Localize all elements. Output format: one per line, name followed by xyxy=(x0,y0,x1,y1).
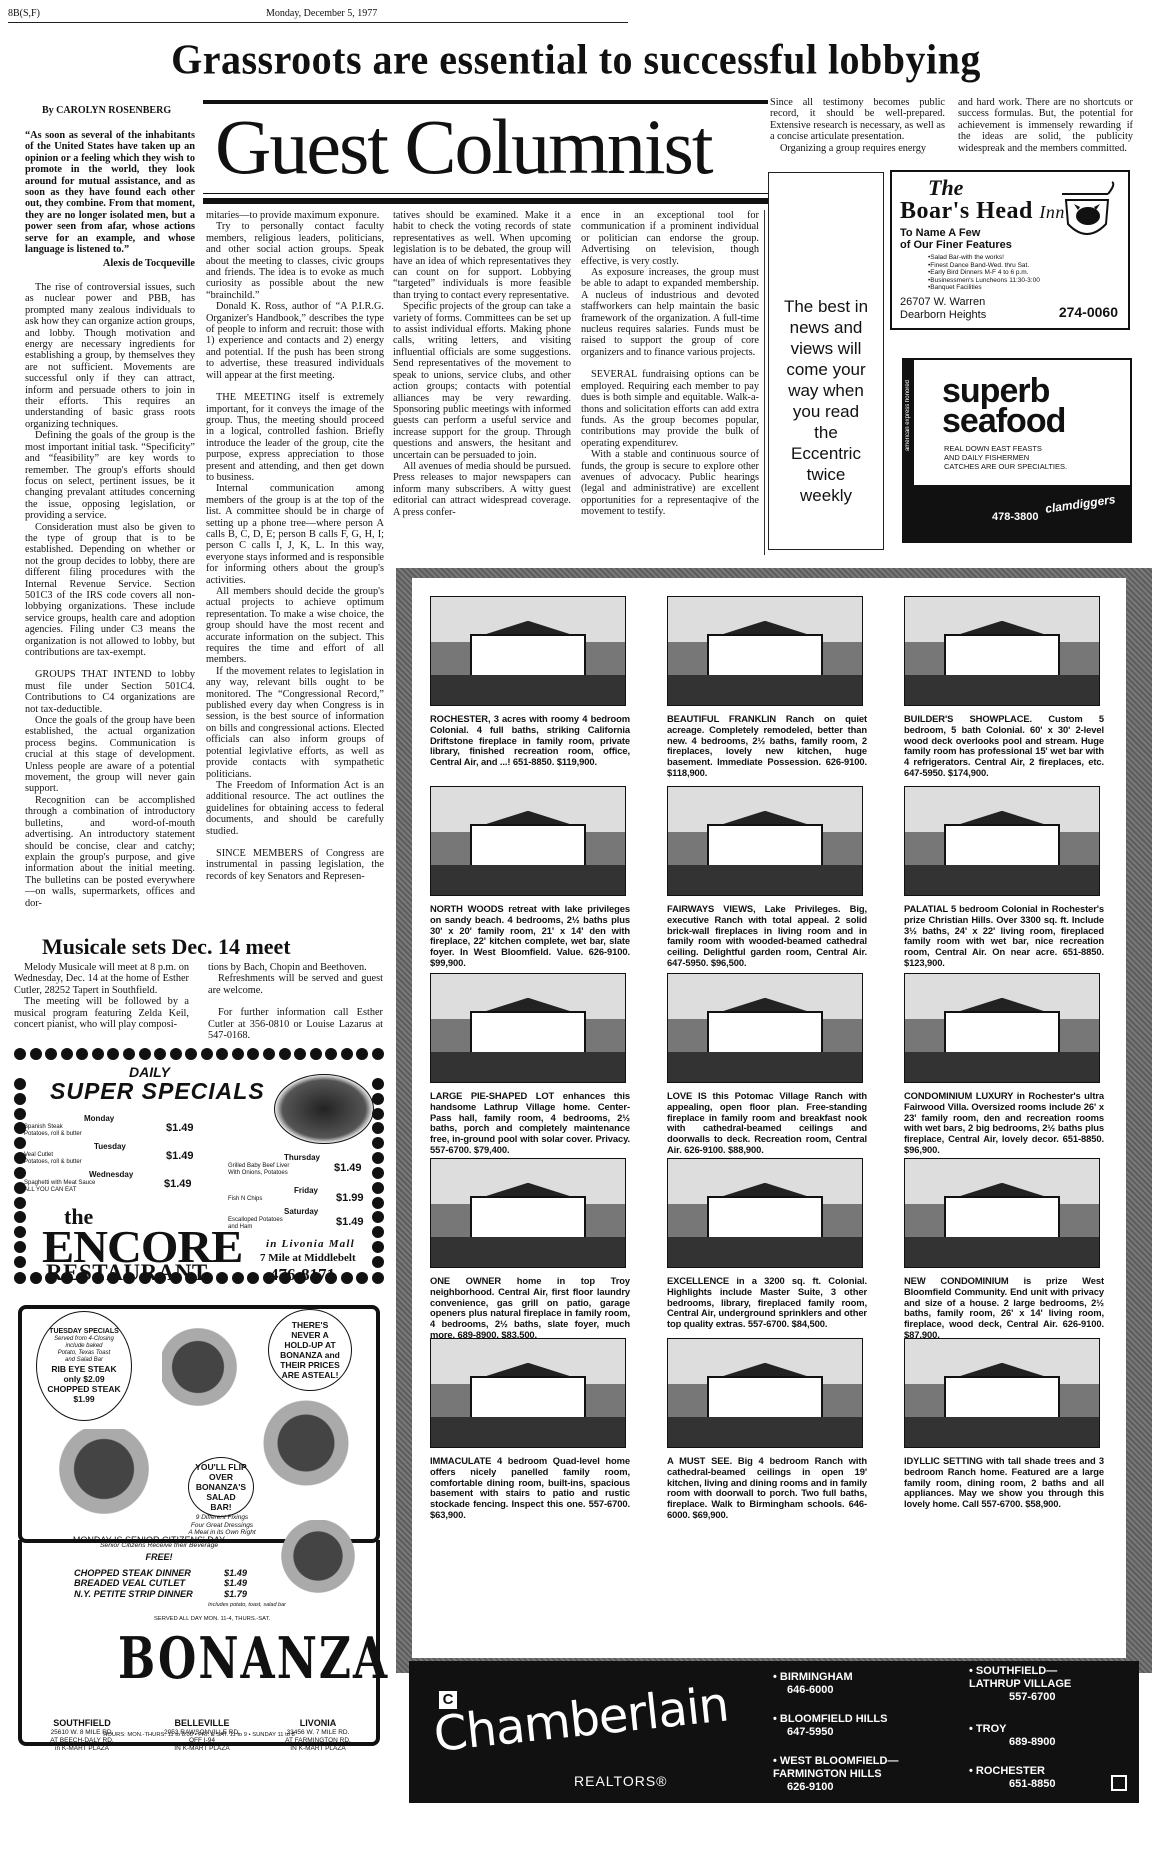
bonanza-menu: CHOPPED STEAK DINNER$1.49 BREADED VEAL C… xyxy=(74,1568,247,1599)
listing-description: FAIRWAYS VIEWS, Lake Privileges. Big, ex… xyxy=(667,904,867,969)
special-price: $1.49 xyxy=(164,1178,192,1190)
feature-item: Finest Dance Band-Wed. thru Sat. xyxy=(928,262,1120,270)
issue-date: Monday, December 5, 1977 xyxy=(266,8,377,19)
office-birmingham: • BIRMINGHAM646-6000 xyxy=(773,1671,853,1697)
real-estate-ad-block: ROCHESTER, 3 acres with roomy 4 bedroom … xyxy=(396,568,1152,1673)
article-column-6: and hard work. There are no shortcuts or… xyxy=(958,97,1133,154)
bonanza-ad-lower: Senior Citizens Receive their Beverage F… xyxy=(18,1540,380,1746)
office-southfield: • SOUTHFIELD— LATHRUP VILLAGE557-6700 xyxy=(969,1665,1099,1704)
article-paragraph: Specific projects of the group can take … xyxy=(393,301,571,461)
eccentric-house-ad: The best in news and views will come you… xyxy=(768,172,884,550)
listing-card: ROCHESTER, 3 acres with roomy 4 bedroom … xyxy=(430,596,630,768)
store-hours: HOURS: MON.-THURS. 11 to 8:00 • FRI. & S… xyxy=(22,1732,376,1738)
listing-description: ROCHESTER, 3 acres with roomy 4 bedroom … xyxy=(430,714,630,768)
musicale-column-1: Melody Musicale will meet at 8 p.m. on W… xyxy=(14,962,189,1030)
article-paragraph: Defining the goals of the group is the m… xyxy=(25,430,195,521)
feature-list: Salad Bar-with the works! Finest Dance B… xyxy=(928,254,1120,292)
bonanza-logo: BONANZA xyxy=(118,1626,389,1692)
listing-description: IDYLLIC SETTING with tall shade trees an… xyxy=(904,1456,1104,1510)
menu-item: N.Y. PETITE STRIP DINNER$1.79 xyxy=(74,1589,247,1599)
special-day: Tuesday xyxy=(94,1142,126,1151)
listing-card: LARGE PIE-SHAPED LOT enhances this hands… xyxy=(430,973,630,1156)
ad-body: REAL DOWN EAST FEASTSAND DAILY FISHERMEN… xyxy=(944,444,1067,471)
banner-rule-thick xyxy=(203,198,768,204)
article-paragraph: With a stable and continuous source of f… xyxy=(581,449,759,517)
article-paragraph: GROUPS THAT INTEND to lobby must file un… xyxy=(25,669,195,715)
holdup-bubble: THERE'S NEVER A HOLD-UP AT BONANZA and T… xyxy=(268,1309,352,1391)
listing-description: CONDOMINIUM LUXURY in Rochester's ultra … xyxy=(904,1091,1104,1156)
article-paragraph: and hard work. There are no shortcuts or… xyxy=(958,97,1133,154)
equal-housing-icon xyxy=(1111,1775,1127,1791)
article-paragraph: Since all testimony becomes public recor… xyxy=(770,97,945,143)
article-paragraph: Organizing a group requires energy xyxy=(770,143,945,154)
article-paragraph: SEVERAL fundraising options can be emplo… xyxy=(581,369,759,449)
listings-panel: ROCHESTER, 3 acres with roomy 4 bedroom … xyxy=(412,578,1126,1658)
listing-card: LOVE IS this Potomac Village Ranch with … xyxy=(667,973,867,1156)
house-photo-image xyxy=(430,1158,626,1268)
column-title: Guest Columnist xyxy=(215,106,712,188)
special-item: Grilled Baby Beef LiverWith Onions, Pota… xyxy=(228,1163,289,1177)
article-paragraph: All members should decide the group's ac… xyxy=(206,586,384,666)
house-photo-image xyxy=(904,1158,1100,1268)
listing-description: NEW CONDOMINIUM is prize West Bloomfield… xyxy=(904,1276,1104,1341)
article-paragraph: Consideration must also be given to the … xyxy=(25,522,195,659)
quote-attribution: Alexis de Tocqueville xyxy=(25,258,195,269)
listing-card: CONDOMINIUM LUXURY in Rochester's ultra … xyxy=(904,973,1104,1156)
clamdiggers-seafood-ad: american express honored superbseafood R… xyxy=(902,358,1132,543)
page-number: 8B(S,F) xyxy=(8,8,40,19)
feature-item: Businessmen's Luncheons 11:30-3:00 xyxy=(928,277,1120,285)
listing-description: BEAUTIFUL FRANKLIN Ranch on quiet acreag… xyxy=(667,714,867,779)
encore-restaurant-ad: DAILY SUPER SPECIALS the ENCORE RESTAURA… xyxy=(14,1062,384,1284)
musicale-headline: Musicale sets Dec. 14 meet xyxy=(42,934,291,960)
feature-item: Early Bird Dinners M-F 4 to 6 p.m. xyxy=(928,269,1120,277)
fixings-note: 9 Different FixingsFour Great DressingsA… xyxy=(172,1514,272,1537)
house-photo-image xyxy=(430,973,626,1083)
boars-head-inn-ad: The Boar's Head Inn To Name A Fewof Our … xyxy=(890,170,1130,330)
special-item: Spanish SteakPotatoes, roll & butter xyxy=(24,1124,82,1138)
epigraph-quote: “As soon as several of the inhabitants o… xyxy=(25,130,195,270)
ad-super-specials: SUPER SPECIALS xyxy=(50,1078,265,1105)
article-paragraph: Donald K. Ross, author of “A P.I.R.G. Or… xyxy=(206,301,384,381)
article-paragraph: mitaries—to provide maximum exponure. xyxy=(206,210,384,221)
listing-card: PALATIAL 5 bedroom Colonial in Rochester… xyxy=(904,786,1104,969)
special-day: Friday xyxy=(294,1186,318,1195)
article-headline: Grassroots are essential to successful l… xyxy=(0,35,1152,84)
house-photo-image xyxy=(667,596,863,706)
ad-cross-streets: 7 Mile at Middlebelt xyxy=(260,1252,356,1264)
boar-crest-icon xyxy=(1056,180,1118,246)
special-price: $1.49 xyxy=(334,1162,362,1174)
listing-description: LOVE IS this Potomac Village Ranch with … xyxy=(667,1091,867,1156)
special-day: Saturday xyxy=(284,1207,318,1216)
article-paragraph: SINCE MEMBERS of Congress are instrument… xyxy=(206,848,384,882)
house-photo-image xyxy=(430,596,626,706)
listing-description: LARGE PIE-SHAPED LOT enhances this hands… xyxy=(430,1091,630,1156)
listing-card: IMMACULATE 4 bedroom Quad-level home off… xyxy=(430,1338,630,1521)
bandit-cartoon-image xyxy=(162,1323,252,1433)
article-paragraph: Internal communication among members of … xyxy=(206,483,384,586)
guest-columnist-banner: Guest Columnist xyxy=(203,100,768,204)
house-photo-image xyxy=(904,973,1100,1083)
house-photo-image xyxy=(667,786,863,896)
menu-item: CHOPPED STEAK DINNER$1.49 xyxy=(74,1568,247,1578)
article-column-1: The rise of controversial issues, such a… xyxy=(25,282,195,909)
banner-rule-thin xyxy=(203,193,768,195)
listing-card: FAIRWAYS VIEWS, Lake Privileges. Big, ex… xyxy=(667,786,867,969)
special-price: $1.49 xyxy=(166,1122,194,1134)
special-item: Veal CutletPotatoes, roll & butter xyxy=(24,1152,82,1166)
listing-card: EXCELLENCE in a 3200 sq. ft. Colonial. H… xyxy=(667,1158,867,1330)
special-day: Monday xyxy=(84,1114,114,1123)
special-item: Fish N Chips xyxy=(228,1196,262,1203)
special-price: $1.99 xyxy=(336,1192,364,1204)
article-paragraph: If the movement relates to legislation i… xyxy=(206,666,384,780)
office-west-bloomfield: • WEST BLOOMFIELD— FARMINGTON HILLS626-9… xyxy=(773,1755,903,1794)
bonanza-ad-upper: TUESDAY SPECIALS Served from 4-Closing i… xyxy=(18,1305,380,1543)
quote-text: “As soon as several of the inhabitants o… xyxy=(25,130,195,255)
article-column-3: tatives should be examined. Make it a ha… xyxy=(393,210,571,518)
special-item: Spaghetti with Meat SauceALL YOU CAN EAT xyxy=(24,1180,95,1194)
office-rochester: • ROCHESTER651-8850 xyxy=(969,1765,1056,1791)
house-photo-image xyxy=(904,596,1100,706)
cowgirl-rider-cartoon-image xyxy=(262,1399,372,1509)
article-column-2: mitaries—to provide maximum exponure.Try… xyxy=(206,210,384,882)
listing-card: BUILDER'S SHOWPLACE. Custom 5 bedroom, 5… xyxy=(904,596,1104,779)
house-photo-image xyxy=(904,786,1100,896)
salad-bar-bubble: YOU'LL FLIP OVER BONANZA'S SALAD BAR! xyxy=(188,1457,254,1517)
ad-footer: 478-3800 clamdiggers xyxy=(904,485,1130,541)
article-paragraph: Once the goals of the group have been es… xyxy=(25,715,195,795)
column-divider xyxy=(764,210,765,555)
listing-card: ONE OWNER home in top Troy neighborhood.… xyxy=(430,1158,630,1341)
article-paragraph: THE MEETING itself is extremely importan… xyxy=(206,392,384,483)
article-paragraph: The rise of controversial issues, such a… xyxy=(25,282,195,430)
listing-description: NORTH WOODS retreat with lake privileges… xyxy=(430,904,630,969)
dot-border xyxy=(14,1048,384,1062)
cowboy-rider-cartoon-image xyxy=(52,1429,182,1529)
listing-description: BUILDER'S SHOWPLACE. Custom 5 bedroom, 5… xyxy=(904,714,1104,779)
listing-card: A MUST SEE. Big 4 bedroom Ranch with cat… xyxy=(667,1338,867,1521)
article-column-5: Since all testimony becomes public recor… xyxy=(770,97,945,154)
feature-item: Salad Bar-with the works! xyxy=(928,254,1120,262)
house-photo-image xyxy=(667,1338,863,1448)
article-paragraph: Recognition can be accomplished through … xyxy=(25,795,195,909)
office-troy: • TROY689-8900 xyxy=(969,1723,1056,1749)
office-bloomfield-hills: • BLOOMFIELD HILLS647-5950 xyxy=(773,1713,887,1739)
chef-cartoon-image xyxy=(278,1520,378,1610)
house-photo-image xyxy=(667,973,863,1083)
article-column-4: ence in an exceptional tool for communic… xyxy=(581,210,759,518)
dot-border xyxy=(14,1272,384,1286)
listing-description: A MUST SEE. Big 4 bedroom Ranch with cat… xyxy=(667,1456,867,1521)
article-paragraph: The Freedom of Information Act is an add… xyxy=(206,780,384,837)
house-ad-text: The best in news and views will come you… xyxy=(781,296,871,506)
article-paragraph: ence in an exceptional tool for communic… xyxy=(581,210,759,267)
house-photo-image xyxy=(667,1158,863,1268)
byline: By CAROLYN ROSENBERG xyxy=(42,105,171,116)
listing-description: EXCELLENCE in a 3200 sq. ft. Colonial. H… xyxy=(667,1276,867,1330)
dot-border xyxy=(14,1078,28,1268)
dot-border xyxy=(372,1078,386,1268)
menu-item: BREADED VEAL CUTLET$1.49 xyxy=(74,1578,247,1588)
special-day: Thursday xyxy=(284,1153,320,1162)
ad-phone: 478-3800 xyxy=(992,511,1039,523)
house-photo-image xyxy=(430,786,626,896)
article-paragraph: All avenues of media should be pursued. … xyxy=(393,461,571,518)
served-hours: SERVED ALL DAY MON. 11-4, THURS.-SAT. xyxy=(154,1616,270,1622)
article-paragraph: As exposure increases, the group must be… xyxy=(581,267,759,358)
listing-description: ONE OWNER home in top Troy neighborhood.… xyxy=(430,1276,630,1341)
ad-location: in Livonia Mall xyxy=(266,1238,355,1250)
ad-phone: 274-0060 xyxy=(1059,304,1118,320)
article-paragraph: tatives should be examined. Make it a ha… xyxy=(393,210,571,301)
musicale-column-2: tions by Bach, Chopin and Beethoven. Ref… xyxy=(208,962,383,1041)
chamberlain-realtors-ad: C Chamberlain REALTORS® • BIRMINGHAM646-… xyxy=(409,1661,1139,1803)
special-price: $1.49 xyxy=(166,1150,194,1162)
tuesday-specials-bubble: TUESDAY SPECIALS Served from 4-Closing i… xyxy=(36,1311,132,1421)
listing-card: NORTH WOODS retreat with lake privileges… xyxy=(430,786,630,969)
page-folio: 8B(S,F) Monday, December 5, 1977 xyxy=(8,8,628,23)
special-price: $1.49 xyxy=(336,1216,364,1228)
listing-description: IMMACULATE 4 bedroom Quad-level home off… xyxy=(430,1456,630,1521)
listing-description: PALATIAL 5 bedroom Colonial in Rochester… xyxy=(904,904,1104,969)
feature-item: Banquet Facilities xyxy=(928,284,1120,292)
chamberlain-wordmark: Chamberlain xyxy=(431,1676,731,1763)
listing-card: BEAUTIFUL FRANKLIN Ranch on quiet acreag… xyxy=(667,596,867,779)
listing-card: IDYLLIC SETTING with tall shade trees an… xyxy=(904,1338,1104,1510)
listing-card: NEW CONDOMINIUM is prize West Bloomfield… xyxy=(904,1158,1104,1341)
house-photo-image xyxy=(904,1338,1100,1448)
realtors-label: REALTORS® xyxy=(574,1773,668,1789)
article-paragraph: Try to personally contact faculty member… xyxy=(206,221,384,301)
clamdiggers-logo: clamdiggers xyxy=(1045,492,1117,516)
special-day: Wednesday xyxy=(89,1170,133,1179)
ad-headline: superbseafood xyxy=(942,376,1065,436)
special-item: Escalloped Potatoesand Ham xyxy=(228,1217,283,1231)
food-plate-image xyxy=(274,1074,374,1144)
house-photo-image xyxy=(430,1338,626,1448)
